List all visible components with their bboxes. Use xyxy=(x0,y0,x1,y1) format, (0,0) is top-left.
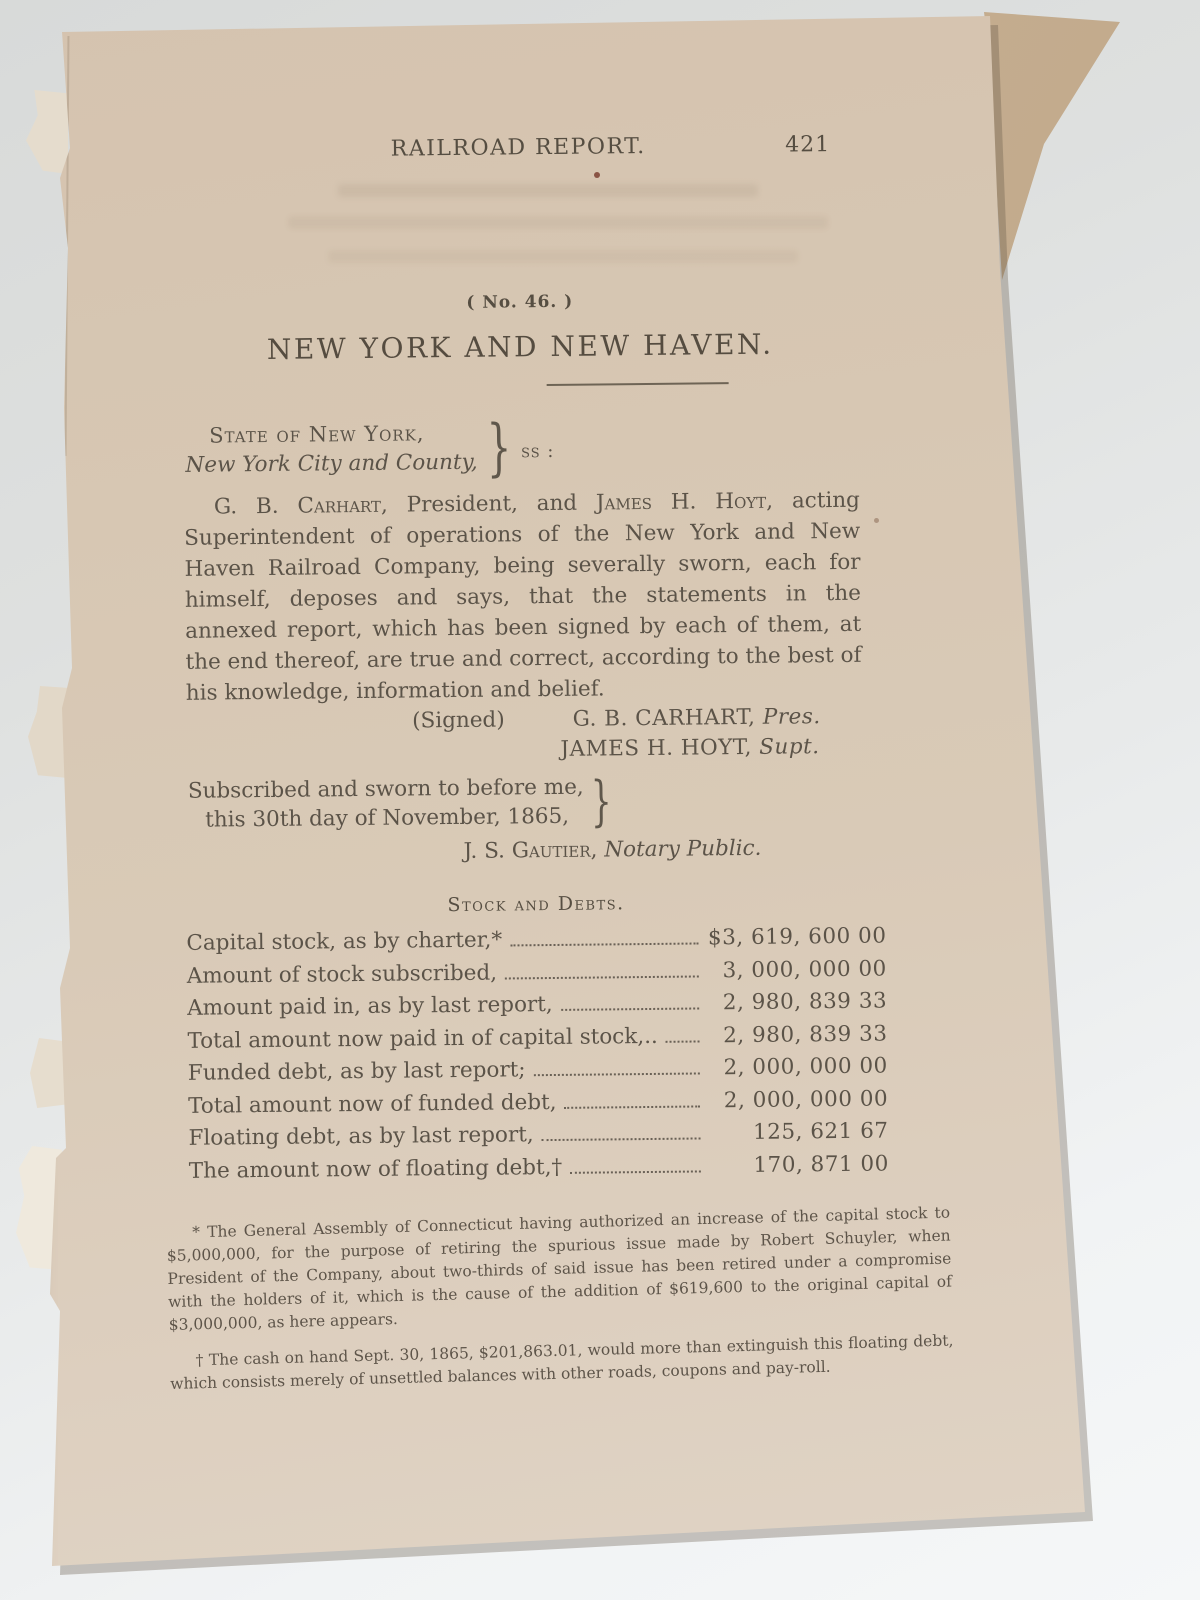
notary-title: Notary Public. xyxy=(604,836,761,863)
signature-2-title: Supt. xyxy=(759,734,820,760)
section-heading: Stock and Debts. xyxy=(186,889,886,920)
row-amount: 170, 871 00 xyxy=(709,1148,889,1181)
signature-1: G. B. CARHART, Pres. xyxy=(572,702,820,735)
row-label: Total amount now of funded debt, xyxy=(188,1086,557,1121)
running-head-title: RAILROAD REPORT. xyxy=(391,134,646,162)
jurisdiction-line1: State of New York, xyxy=(183,419,478,451)
signature-row: JAMES H. HOYT, Supt. xyxy=(186,732,862,769)
signature-block: (Signed) G. B. CARHART, Pres. JAMES H. H… xyxy=(186,702,863,769)
row-label: Floating debt, as by last report, xyxy=(188,1119,533,1154)
row-label: Amount of stock subscribed, xyxy=(187,957,498,991)
page-number: 421 xyxy=(785,129,830,160)
running-head: RAILROAD REPORT. 421 xyxy=(180,129,856,164)
footnote-text: The General Assembly of Connecticut havi… xyxy=(167,1204,952,1334)
dot-leader xyxy=(666,1040,700,1042)
report-number: ( No. 46. ) xyxy=(182,289,858,316)
signature-2-name: JAMES H. HOYT, xyxy=(560,735,752,762)
row-label: Total amount now paid in of capital stoc… xyxy=(187,1020,658,1056)
torn-paper-remnant xyxy=(26,90,68,174)
photo-backdrop: RAILROAD REPORT. 421 ( No. 46. ) NEW YOR… xyxy=(0,0,1200,1600)
notary-lines: Subscribed and sworn to before me, this … xyxy=(163,773,584,835)
dot-leader xyxy=(542,1137,701,1141)
affiant-name: G. B. Carhart xyxy=(214,493,381,520)
affidavit-text: , President, and xyxy=(381,491,596,518)
printed-content: RAILROAD REPORT. 421 ( No. 46. ) NEW YOR… xyxy=(156,128,953,1396)
stock-and-debts-table: Capital stock, as by charter,* $3, 619, … xyxy=(186,921,889,1188)
notary-signature: J. S. Gautier, Notary Public. xyxy=(463,831,947,867)
jurisdiction-line2: New York City and County, xyxy=(183,448,478,480)
footnote-marker: † xyxy=(195,1351,203,1369)
affidavit-text: , acting Superintendent of operations of… xyxy=(184,488,862,706)
notary-brace: } xyxy=(590,776,611,826)
jurisdiction-lines: State of New York, New York City and Cou… xyxy=(183,419,478,480)
notary-attestation: Subscribed and sworn to before me, this … xyxy=(163,769,948,835)
footnote-text: The cash on hand Sept. 30, 1865, $201,86… xyxy=(170,1332,954,1394)
affidavit-paragraph: G. B. Carhart, President, and James H. H… xyxy=(184,485,862,709)
dot-leader xyxy=(570,1170,701,1173)
row-label: Funded debt, as by last report; xyxy=(188,1054,526,1089)
footnote-dagger: † The cash on hand Sept. 30, 1865, $201,… xyxy=(169,1330,954,1397)
row-amount: 2, 980, 839 33 xyxy=(707,985,887,1018)
jurisdiction-brace: } xyxy=(487,418,512,476)
signature-1-title: Pres. xyxy=(763,704,821,730)
dot-leader xyxy=(534,1072,700,1076)
row-amount: 125, 621 67 xyxy=(708,1115,888,1148)
signed-label: (Signed) xyxy=(412,705,505,736)
jurisdiction-ss: ss : xyxy=(521,436,555,465)
footnote-asterisk: * The General Assembly of Connecticut ha… xyxy=(166,1202,953,1337)
dot-leader xyxy=(561,1007,699,1010)
row-amount: 2, 980, 839 33 xyxy=(707,1018,887,1051)
row-label: The amount now of floating debt,† xyxy=(189,1151,563,1186)
signature-2: JAMES H. HOYT, Supt. xyxy=(560,734,819,762)
jurisdiction-block: State of New York, New York City and Cou… xyxy=(183,414,944,480)
row-amount: 2, 000, 000 00 xyxy=(708,1083,888,1116)
row-label: Capital stock, as by charter,* xyxy=(186,925,502,959)
row-amount: 3, 000, 000 00 xyxy=(707,953,887,986)
notary-line1: Subscribed and sworn to before me, xyxy=(163,773,584,806)
torn-paper-remnant xyxy=(30,1038,66,1108)
torn-paper-remnant xyxy=(28,686,68,778)
row-amount: 2, 000, 000 00 xyxy=(708,1050,888,1083)
notary-name: J. S. Gautier, xyxy=(463,838,597,864)
footnotes: * The General Assembly of Connecticut ha… xyxy=(166,1202,954,1396)
document-page: RAILROAD REPORT. 421 ( No. 46. ) NEW YOR… xyxy=(38,6,1098,1586)
document-title: NEW YORK AND NEW HAVEN. xyxy=(182,327,858,368)
notary-line2: this 30th day of November, 1865, xyxy=(163,802,584,835)
dot-leader xyxy=(510,942,698,946)
affiant-name: James H. Hoyt xyxy=(596,489,767,516)
dot-leader xyxy=(565,1105,701,1108)
footnote-marker: * xyxy=(192,1223,200,1241)
title-rule xyxy=(547,382,729,386)
row-amount: $3, 619, 600 00 xyxy=(706,921,886,954)
table-row: The amount now of floating debt,† 170, 8… xyxy=(189,1148,889,1188)
dot-leader xyxy=(505,975,699,979)
row-label: Amount paid in, as by last report, xyxy=(187,989,553,1024)
signature-1-name: G. B. CARHART, xyxy=(573,705,756,732)
